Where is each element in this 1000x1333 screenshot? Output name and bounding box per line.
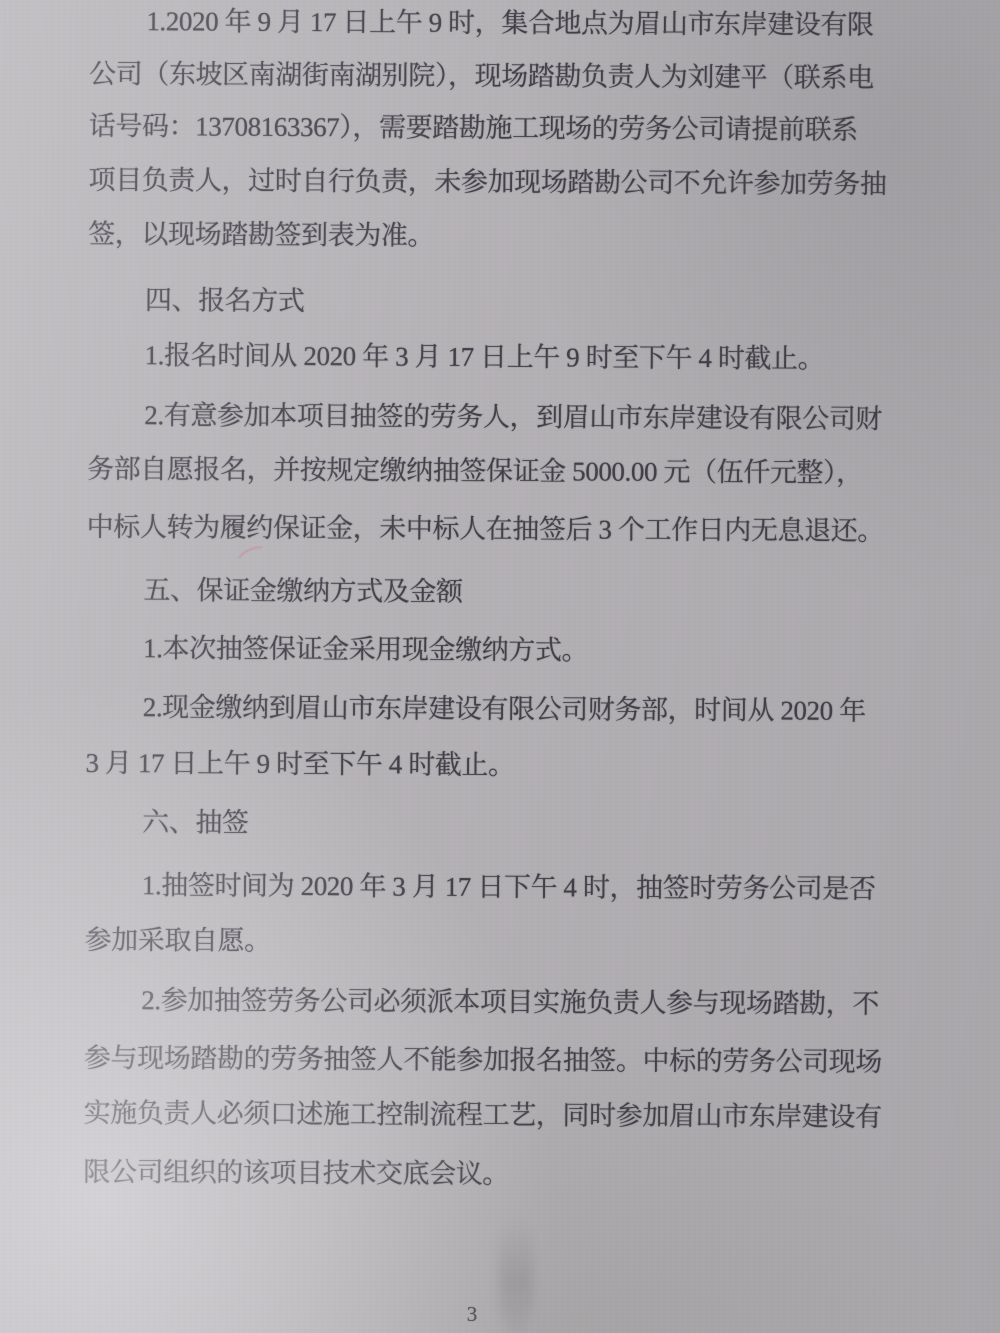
text-line: 话号码：13708163367），需要踏勘施工现场的劳务公司请提前联系 [89, 110, 919, 147]
page-number: 3 [452, 1302, 492, 1327]
text-line: 1.本次抽签保证金采用现金缴纳方式。 [86, 632, 916, 669]
text-line: 2.有意参加本项目抽签的劳务人，到眉山市东岸建设有限公司财 [87, 399, 917, 436]
text-line: 中标人转为履约保证金，未中标人在抽签后 3 个工作日内无息退还。 [87, 511, 917, 548]
text-line: 公司（东坡区南湖街南湖别院），现场踏勘负责人为刘建平（联系电 [89, 58, 919, 95]
text-line: 签，以现场踏勘签到表为准。 [88, 218, 918, 255]
text-line: 务部自愿报名，并按规定缴纳抽签保证金 5000.00 元（伍仟元整）， [87, 453, 917, 490]
document-text-block: 1.2020 年 9 月 17 日上午 9 时，集合地点为眉山市东岸建设有限 公… [0, 0, 1000, 1333]
section-heading-5: 五、保证金缴纳方式及金额 [86, 574, 916, 611]
text-line: 1.抽签时间为 2020 年 3 月 17 日下午 4 时，抽签时劳务公司是否 [85, 869, 915, 906]
section-heading-6: 六、抽签 [85, 806, 915, 843]
text-line: 实施负责人必须口述施工控制流程工艺，同时参加眉山市东岸建设有 [84, 1097, 914, 1134]
section-heading-4: 四、报名方式 [88, 284, 918, 321]
text-line: 项目负责人，过时自行负责，未参加现场踏勘公司不允许参加劳务抽 [88, 164, 918, 201]
text-line: 限公司组织的该项目技术交底会议。 [83, 1156, 913, 1193]
text-line: 参与现场踏勘的劳务抽签人不能参加报名抽签。中标的劳务公司现场 [84, 1042, 914, 1079]
text-line: 1.2020 年 9 月 17 日上午 9 时，集合地点为眉山市东岸建设有限 [89, 5, 919, 42]
document-photo: 1.2020 年 9 月 17 日上午 9 时，集合地点为眉山市东岸建设有限 公… [0, 0, 1000, 1333]
text-line: 2.现金缴纳到眉山市东岸建设有限公司财务部，时间从 2020 年 [86, 691, 916, 728]
text-line: 1.报名时间从 2020 年 3 月 17 日上午 9 时至下午 4 时截止。 [88, 339, 918, 376]
text-line: 参加采取自愿。 [84, 924, 914, 961]
text-line: 2.参加抽签劳务公司必须派本项目实施负责人参与现场踏勘，不 [84, 984, 914, 1021]
text-line: 3 月 17 日上午 9 时至下午 4 时截止。 [85, 747, 915, 784]
